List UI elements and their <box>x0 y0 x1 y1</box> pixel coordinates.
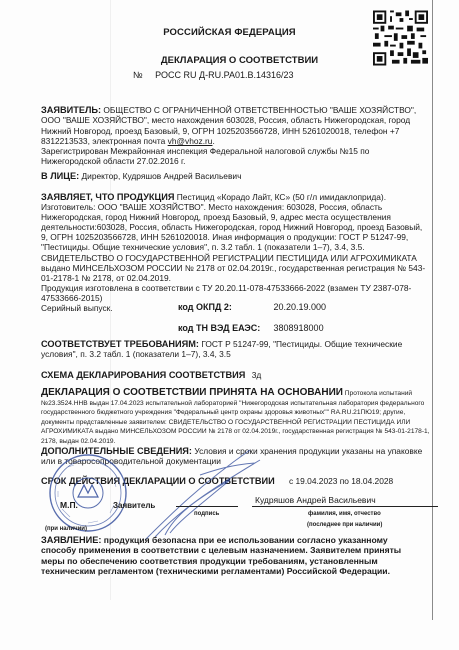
if-any-caption: (при наличии) <box>45 526 87 532</box>
conforms-section: СООТВЕТСТВУЕТ ТРЕБОВАНИЯМ: ГОСТ Р 51247-… <box>41 339 431 360</box>
handwritten-signature-icon <box>140 445 270 545</box>
company-stamp-icon <box>48 453 128 533</box>
conforms-label: СООТВЕТСТВУЕТ ТРЕБОВАНИЯМ: <box>41 339 199 349</box>
statement-section: ЗАЯВЛЕНИЕ: продукция безопасна при ее ис… <box>41 535 416 577</box>
validity-value: с 19.04.2023 по 18.04.2028 <box>289 476 393 486</box>
declaration-number: № РОСС RU Д-RU.РА01.В.14316/23 <box>133 70 294 80</box>
represented-by-text: Директор, Кудряшов Андрей Васильевич <box>81 171 241 181</box>
name-line <box>252 506 438 507</box>
scheme-label: СХЕМА ДЕКЛАРИРОВАНИЯ СООТВЕТСТВИЯ <box>41 370 245 380</box>
signatory-name: Кудряшов Андрей Васильевич <box>255 495 376 505</box>
okpd-label: код ОКПД 2: <box>178 302 271 312</box>
product-section: ЗАЯВЛЯЕТ, ЧТО ПРОДУКЦИЯ Пестицид «Корадо… <box>41 192 431 313</box>
name-caption-2: (последнее при наличии) <box>307 522 382 528</box>
tnved-code-row: код ТН ВЭД ЕАЭС: 3808918000 <box>178 323 324 333</box>
name-caption-1: фамилия, имя, отчество <box>308 511 381 517</box>
product-text: Пестицид «Корадо Лайт, КС» (50 г/л имида… <box>41 192 425 283</box>
basis-section: ДЕКЛАРАЦИЯ О СООТВЕТСТВИИ ПРИНЯТА НА ОСН… <box>41 388 431 447</box>
scheme-value: 3д <box>252 370 262 380</box>
tnved-label: код ТН ВЭД ЕАЭС: <box>178 323 271 333</box>
mp-label: М.П. <box>60 500 78 510</box>
statement-label: ЗАЯВЛЕНИЕ: <box>41 535 101 545</box>
applicant-text-end: . <box>212 136 214 146</box>
number-sign: № <box>133 70 143 80</box>
product-label: ЗАЯВЛЯЕТ, ЧТО ПРОДУКЦИЯ <box>41 192 174 202</box>
declaration-page: РОССИЙСКАЯ ФЕДЕРАЦИЯ ДЕКЛАРАЦИЯ О СООТВЕ… <box>0 0 459 650</box>
scheme-section: СХЕМА ДЕКЛАРИРОВАНИЯ СООТВЕТСТВИЯ 3д <box>41 370 431 380</box>
tnved-value: 3808918000 <box>274 323 324 333</box>
page-edge-line <box>432 0 433 620</box>
basis-label: ДЕКЛАРАЦИЯ О СООТВЕТСТВИИ ПРИНЯТА НА ОСН… <box>41 387 343 398</box>
applicant-email-link[interactable]: vh@vhoz.ru <box>168 136 213 146</box>
document-title: ДЕКЛАРАЦИЯ О СООТВЕТСТВИИ <box>10 55 459 66</box>
applicant-registration: Зарегистрирован Межрайонная инспекция Фе… <box>41 146 369 166</box>
signature-line <box>176 506 238 507</box>
okpd-value: 20.20.19.000 <box>274 302 327 312</box>
number-value: РОСС RU Д-RU.РА01.В.14316/23 <box>155 70 293 80</box>
represented-by-label: В ЛИЦЕ: <box>41 171 79 181</box>
basis-text: Протокола испытаний №23.3524.ННВ выдан 1… <box>41 390 430 445</box>
represented-by-section: В ЛИЦЕ: Директор, Кудряшов Андрей Василь… <box>41 171 431 181</box>
okpd-code-row: код ОКПД 2: 20.20.19.000 <box>178 302 326 312</box>
product-serial: Серийный выпуск. <box>41 303 113 313</box>
applicant-section: ЗАЯВИТЕЛЬ: ОБЩЕСТВО С ОГРАНИЧЕННОЙ ОТВЕТ… <box>41 105 431 167</box>
applicant-label: ЗАЯВИТЕЛЬ: <box>41 105 101 115</box>
country-title: РОССИЙСКАЯ ФЕДЕРАЦИЯ <box>0 27 459 38</box>
signature-caption: подпись <box>194 511 219 517</box>
applicant-sign-label: Заявитель <box>113 501 155 510</box>
product-manufactured: Продукция изготовлена в соответствии с Т… <box>41 283 411 303</box>
